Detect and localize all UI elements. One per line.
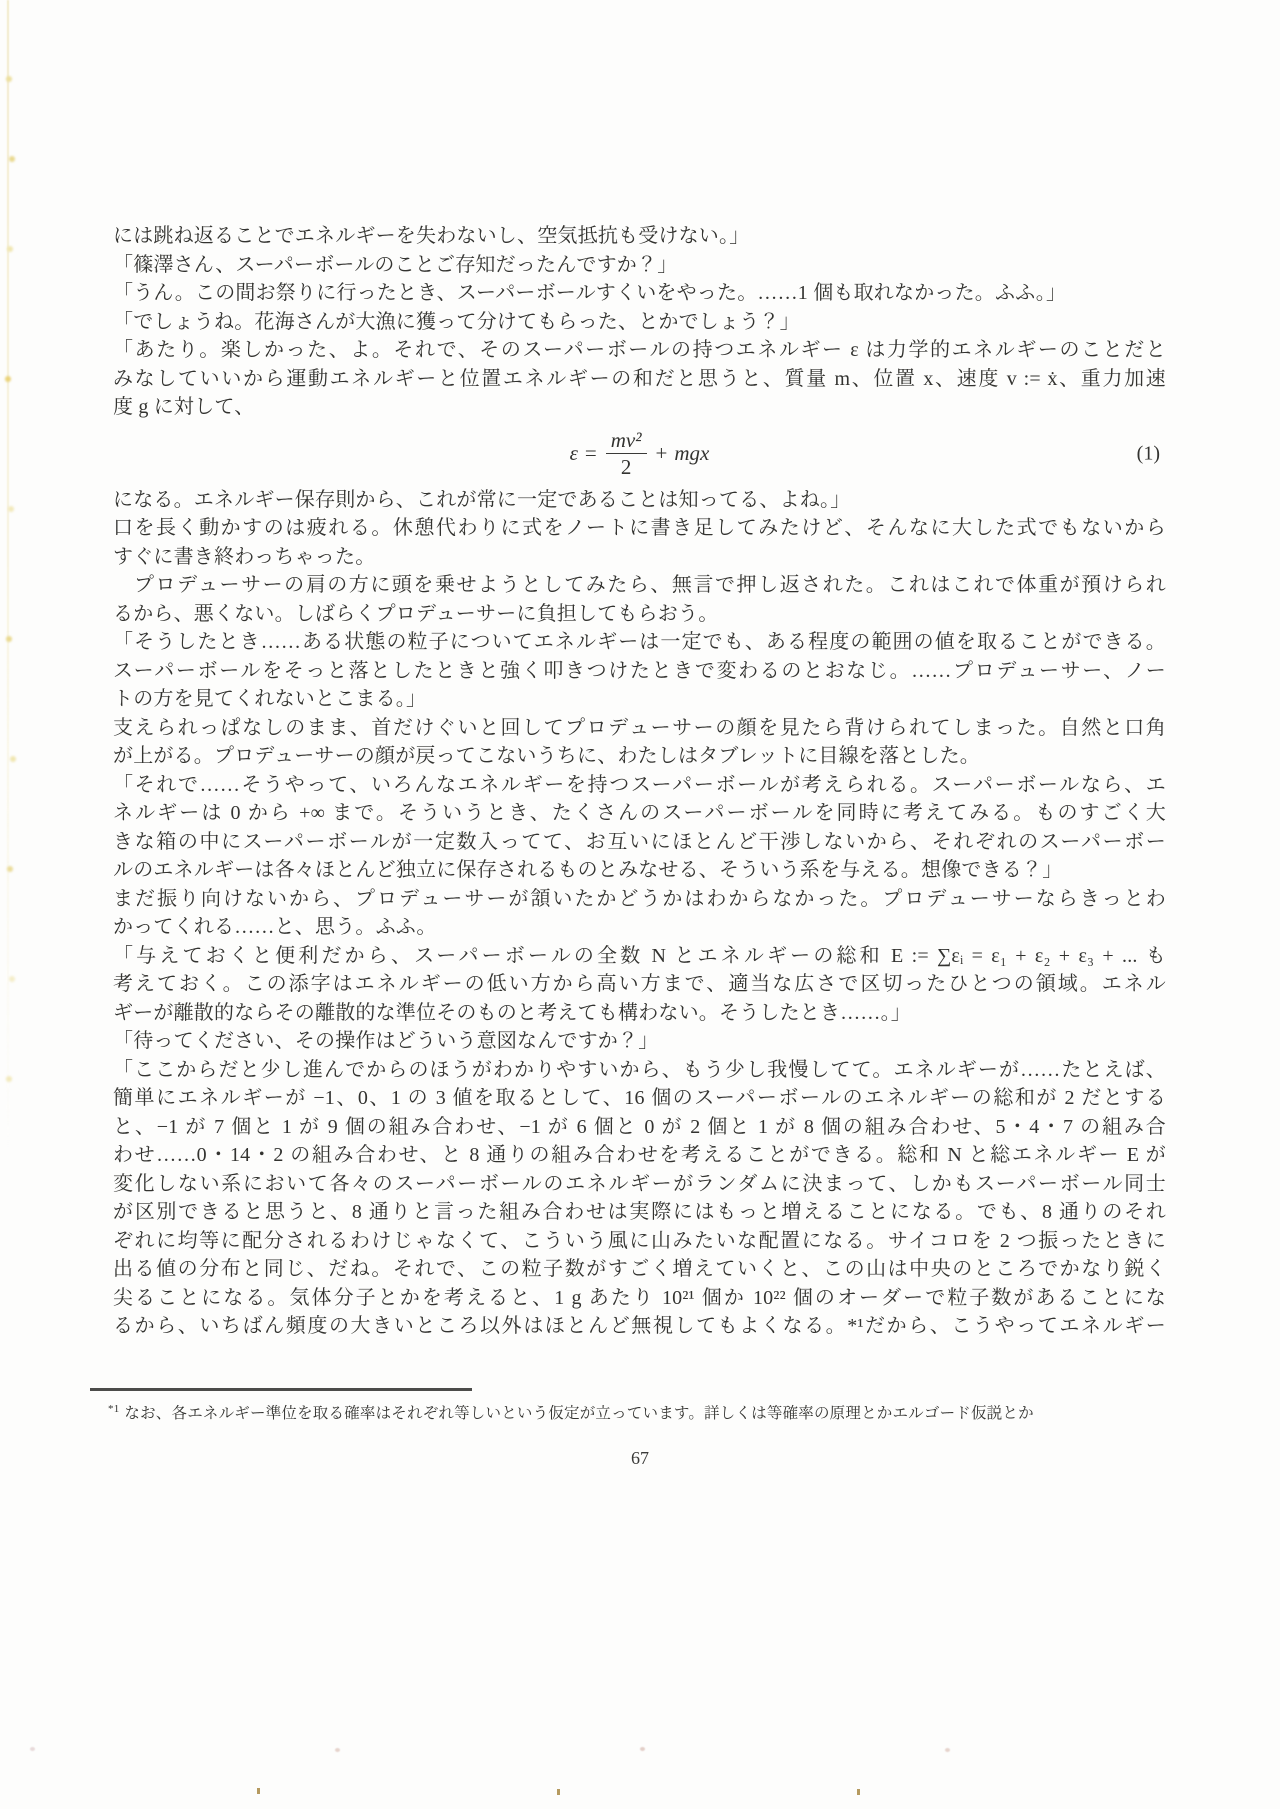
text-line: すぐに書き終わっちゃった。 xyxy=(113,543,1166,572)
scan-artifact-bottom-specks xyxy=(30,1747,35,1751)
text-line: 尖ることになる。気体分子とかを考えると、1 g あたり 10²¹ 個か 10²²… xyxy=(113,1284,1166,1313)
text-line: ネルギーは 0 から +∞ まで。そういうとき、たくさんのスーパーボールを同時に… xyxy=(113,799,1166,828)
text-line: かってくれる……と、思う。ふふ。 xyxy=(113,913,1166,942)
text-line: きな箱の中にスーパーボールが一定数入ってて、お互いにほとんど干渉しないから、それ… xyxy=(113,828,1166,857)
equation-lhs: ε xyxy=(570,441,578,466)
equation-display: ε = mv² 2 + mgx (1) xyxy=(113,422,1166,486)
text-line: 度 g に対して、 xyxy=(113,393,1166,422)
text-line: 「ここからだと少し進んでからのほうがわかりやすいから、もう少し我慢してて。エネル… xyxy=(113,1056,1166,1085)
text-line: プロデューサーの肩の方に頭を乗せようとしてみたら、無言で押し返された。これはこれ… xyxy=(113,571,1166,600)
equation-numerator: mv² xyxy=(606,428,647,454)
text-line: ルのエネルギーは各々ほとんど独立に保存されるものとみなせる、そういう系を与える。… xyxy=(113,856,1166,885)
text-line: トの方を見てくれないとこまる。」 xyxy=(113,685,1166,714)
text-line: 「篠澤さん、スーパーボールのことご存知だったんですか？」 xyxy=(113,251,1166,280)
page-number: 67 xyxy=(0,1448,1280,1469)
text-line: みなしていいから運動エネルギーと位置エネルギーの和だと思うと、質量 m、位置 x… xyxy=(113,365,1166,394)
text-line: ぞれに均等に配分されるわけじゃなくて、こういう風に山みたいな配置になる。サイコロ… xyxy=(113,1227,1166,1256)
equation-fraction: mv² 2 xyxy=(606,428,647,479)
text-line: 「そうしたとき……ある状態の粒子についてエネルギーは一定でも、ある程度の範囲の値… xyxy=(113,628,1166,657)
text-line: るから、悪くない。しばらくプロデューサーに負担してもらおう。 xyxy=(113,600,1166,629)
paragraph-block-bottom: になる。エネルギー保存則から、これが常に一定であることは知ってる、よね。」口を長… xyxy=(113,486,1166,1341)
scan-artifact-flecks xyxy=(6,76,12,82)
text-line: と、−1 が 7 個と 1 が 9 個の組み合わせ、−1 が 6 個と 0 が … xyxy=(113,1113,1166,1142)
text-line: 「うん。この間お祭りに行ったとき、スーパーボールすくいをやった。……1 個も取れ… xyxy=(113,279,1166,308)
text-line: 考えておく。この添字はエネルギーの低い方から高い方まで、適当な広さで区切ったひと… xyxy=(113,970,1166,999)
text-line: 「待ってください、その操作はどういう意図なんですか？」 xyxy=(113,1027,1166,1056)
equation-plus-sign: + xyxy=(656,441,668,466)
document-page: には跳ね返ることでエネルギーを失わないし、空気抵抗も受けない。」「篠澤さん、スー… xyxy=(0,0,1280,1809)
text-line: まだ振り向けないから、プロデューサーが頷いたかどうかはわからなかった。プロデュー… xyxy=(113,885,1166,914)
footnote-text: なお、各エネルギー準位を取る確率はそれぞれ等しいという仮定が立っています。詳しく… xyxy=(124,1405,1033,1422)
text-line: 口を長く動かすのは疲れる。休憩代わりに式をノートに書き足してみたけど、そんなに大… xyxy=(113,514,1166,543)
paragraph-block-top: には跳ね返ることでエネルギーを失わないし、空気抵抗も受けない。」「篠澤さん、スー… xyxy=(113,222,1166,422)
text-line: が区別できると思うと、8 通りと言った組み合わせは実際にはもっと増えることになる… xyxy=(113,1198,1166,1227)
text-line: 「それで……そうやって、いろんなエネルギーを持つスーパーボールが考えられる。スー… xyxy=(113,771,1166,800)
footnote-separator xyxy=(90,1388,472,1391)
text-line: 「あたり。楽しかった、よ。それで、そのスーパーボールの持つエネルギー ε は力学… xyxy=(113,336,1166,365)
footnote: *1なお、各エネルギー準位を取る確率はそれぞれ等しいという仮定が立っています。詳… xyxy=(108,1398,1168,1425)
footnote-marker: *1 xyxy=(108,1403,119,1415)
equation-term: mgx xyxy=(674,441,709,466)
equation-number: (1) xyxy=(1137,442,1160,465)
text-line: 「与えておくと便利だから、スーパーボールの全数 N とエネルギーの総和 E :=… xyxy=(113,942,1166,971)
text-line: 簡単にエネルギーが −1、0、1 の 3 値を取るとして、16 個のスーパーボー… xyxy=(113,1084,1166,1113)
text-line: になる。エネルギー保存則から、これが常に一定であることは知ってる、よね。」 xyxy=(113,486,1166,515)
text-line: るから、いちばん頻度の大きいところ以外はほとんど無視してもよくなる。*¹だから、… xyxy=(113,1312,1166,1341)
scan-artifact-left-edge xyxy=(7,0,9,1150)
text-line: には跳ね返ることでエネルギーを失わないし、空気抵抗も受けない。」 xyxy=(113,222,1166,251)
text-line: わせ……0・14・2 の組み合わせ、と 8 通りの組み合わせを考えることができる… xyxy=(113,1141,1166,1170)
text-line: スーパーボールをそっと落としたときと強く叩きつけたときで変わるのとおなじ。……プ… xyxy=(113,657,1166,686)
scan-artifact-bottom-dashes xyxy=(257,1788,260,1794)
text-line: ギーが離散的ならその離散的な準位そのものと考えても構わない。そうしたとき……。」 xyxy=(113,999,1166,1028)
text-line: が上がる。プロデューサーの顔が戻ってこないうちに、わたしはタブレットに目線を落と… xyxy=(113,742,1166,771)
text-line: 「でしょうね。花海さんが大漁に獲って分けてもらった、とかでしょう？」 xyxy=(113,308,1166,337)
text-line: 支えられっぱなしのまま、首だけぐいと回してプロデューサーの顔を見たら背けられてし… xyxy=(113,714,1166,743)
text-line: 変化しない系において各々のスーパーボールのエネルギーがランダムに決まって、しかも… xyxy=(113,1170,1166,1199)
page-content: には跳ね返ることでエネルギーを失わないし、空気抵抗も受けない。」「篠澤さん、スー… xyxy=(113,222,1166,1341)
equation-denominator: 2 xyxy=(621,454,632,479)
text-line: 出る値の分布と同じ、だね。それで、この粒子数がすごく増えていくと、この山は中央の… xyxy=(113,1255,1166,1284)
equation-equals-sign: = xyxy=(585,441,597,466)
